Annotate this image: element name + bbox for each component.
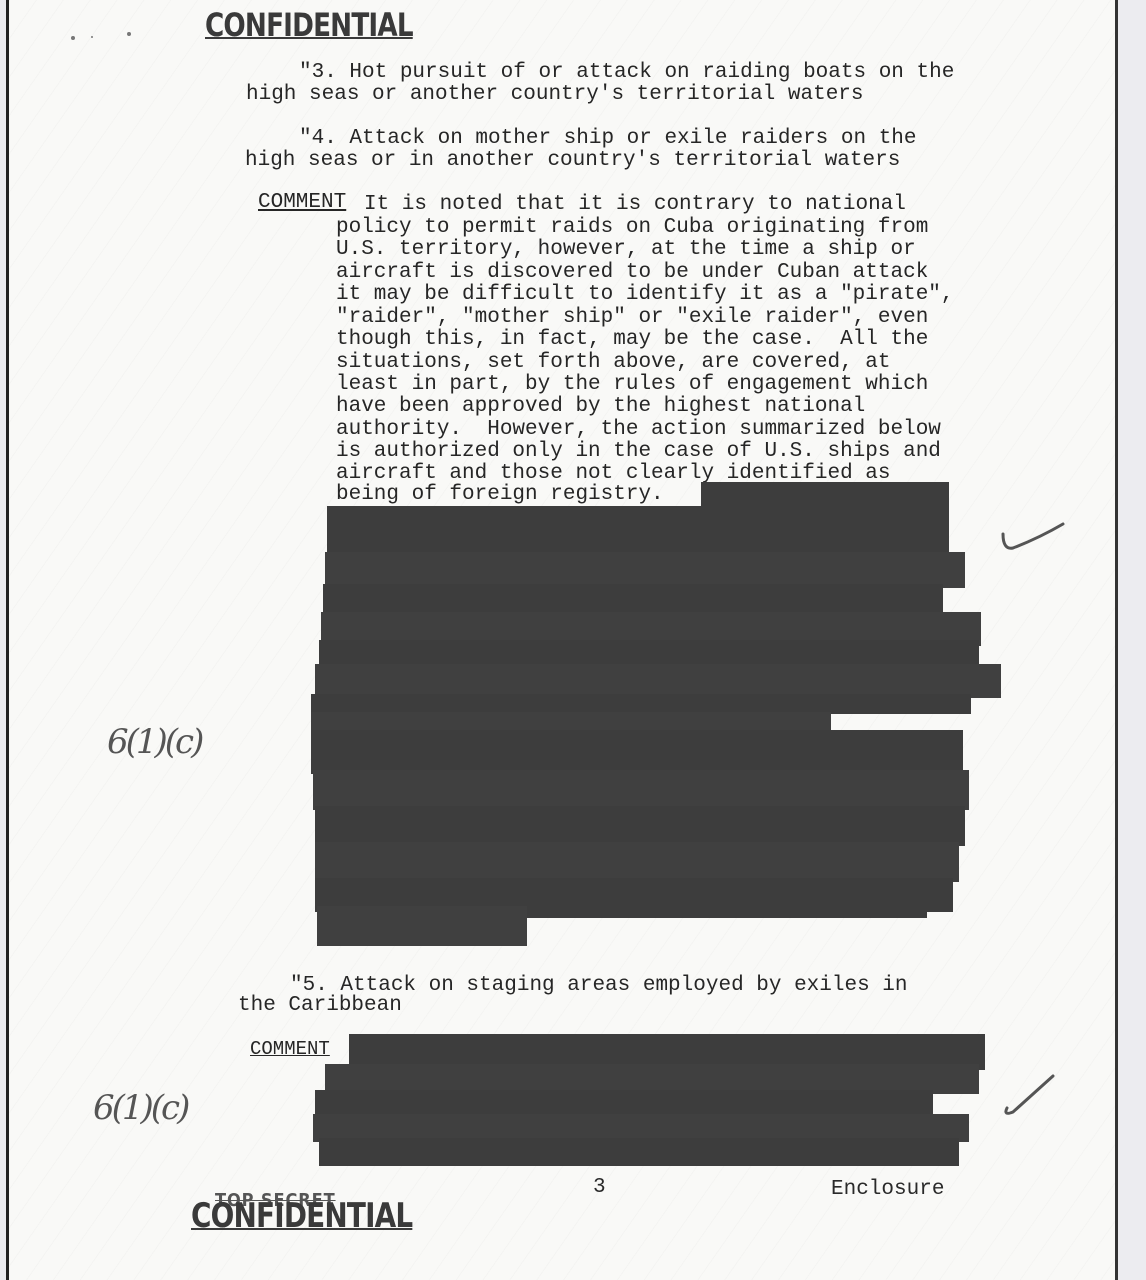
viewer-margin [1121,0,1146,1280]
comment-line: being of foreign registry. [336,484,664,506]
checkmark-icon [1001,1072,1061,1118]
handwritten-exemption-note: 6(1)(c) [93,1088,187,1128]
item-4-line-1: "4. Attack on mother ship or exile raide… [299,128,917,150]
comment-5-label: COMMENT [250,1038,330,1060]
speck [91,36,93,38]
item-3-line-1: "3. Hot pursuit of or attack on raiding … [299,62,954,84]
classification-stamp-bottom: CONFIDENTIAL [191,1196,412,1236]
comment-line: aircraft is discovered to be under Cuban… [336,262,928,284]
comment-line: It is noted that it is contrary to natio… [364,194,906,216]
item-3-line-2: high seas or another country's territori… [246,84,864,106]
item-4-line-2: high seas or in another country's territ… [245,150,900,172]
handwritten-exemption-note: 6(1)(c) [107,722,201,762]
comment-line: have been approved by the highest nation… [336,396,865,418]
comment-label: COMMENT [258,192,346,214]
comment-line: U.S. territory, however, at the time a s… [336,239,916,261]
checkmark-icon [999,520,1069,556]
item-5-line-2: the Caribbean [238,995,402,1017]
comment-line: "raider", "mother ship" or "exile raider… [336,307,928,329]
comment-line: least in part, by the rules of engagemen… [336,374,928,396]
comment-line: though this, in fact, may be the case. A… [336,329,928,351]
comment-line: is authorized only in the case of U.S. s… [336,441,941,463]
speck [71,36,75,40]
comment-line: situations, set forth above, are covered… [336,352,891,374]
comment-line: authority. However, the action summarize… [336,419,941,441]
footer-enclosure-label: Enclosure [831,1178,944,1201]
comment-line: it may be difficult to identify it as a … [336,284,954,306]
speck [127,32,131,36]
document-page: CONFIDENTIAL "3. Hot pursuit of or attac… [6,0,1118,1280]
page-number: 3 [593,1176,606,1199]
comment-line: policy to permit raids on Cuba originati… [336,217,928,239]
classification-stamp-top: CONFIDENTIAL [205,6,413,44]
